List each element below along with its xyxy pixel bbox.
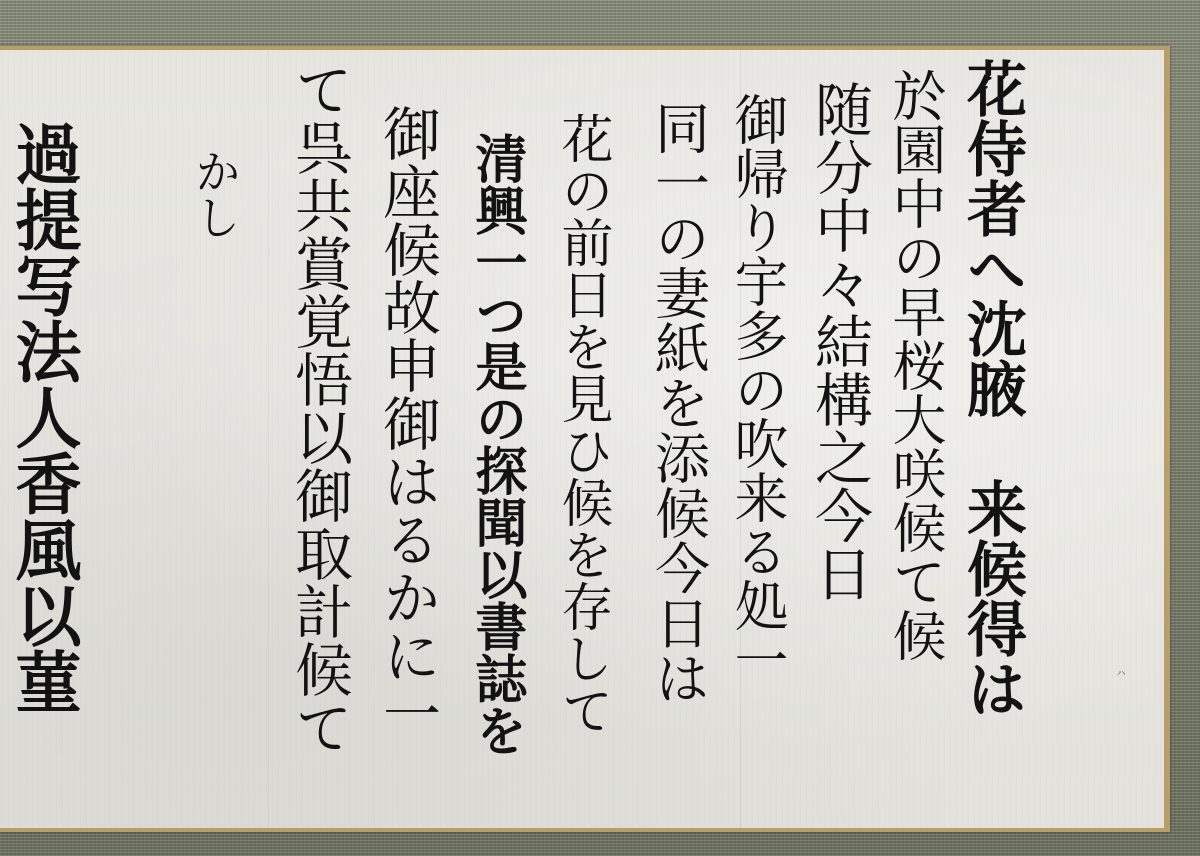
calligraphy-column-6: 花の前日を見ひ候を存して	[556, 112, 608, 736]
calligraphy-column-8: 御座候故申御はるかに一	[378, 104, 436, 742]
calligraphy-column-7: 清興一つ是の探聞以書誌を	[470, 132, 522, 756]
calligraphy-column-9: て呉共賞覚悟以御取計候て	[290, 60, 348, 756]
corner-ink-mark: ㇵ	[1115, 663, 1127, 680]
calligraphy-column-11: 過提写法人香風以菫	[10, 120, 76, 714]
calligraphy-column-1: 花侍者へ沈腋 来候得は	[962, 58, 1022, 718]
calligraphy-column-4: 御帰り宇多の吹来る処一	[730, 92, 784, 686]
calligraphy-column-2: 於園中の早桜大咲候て候	[888, 68, 942, 662]
calligraphy-column-10: かし	[192, 148, 238, 240]
calligraphy-column-5: 同一の妻紙を添候今日は	[650, 100, 705, 705]
calligraphy-column-3: 随分中々結構之今日	[810, 80, 868, 602]
paper-fold-line	[268, 50, 269, 828]
